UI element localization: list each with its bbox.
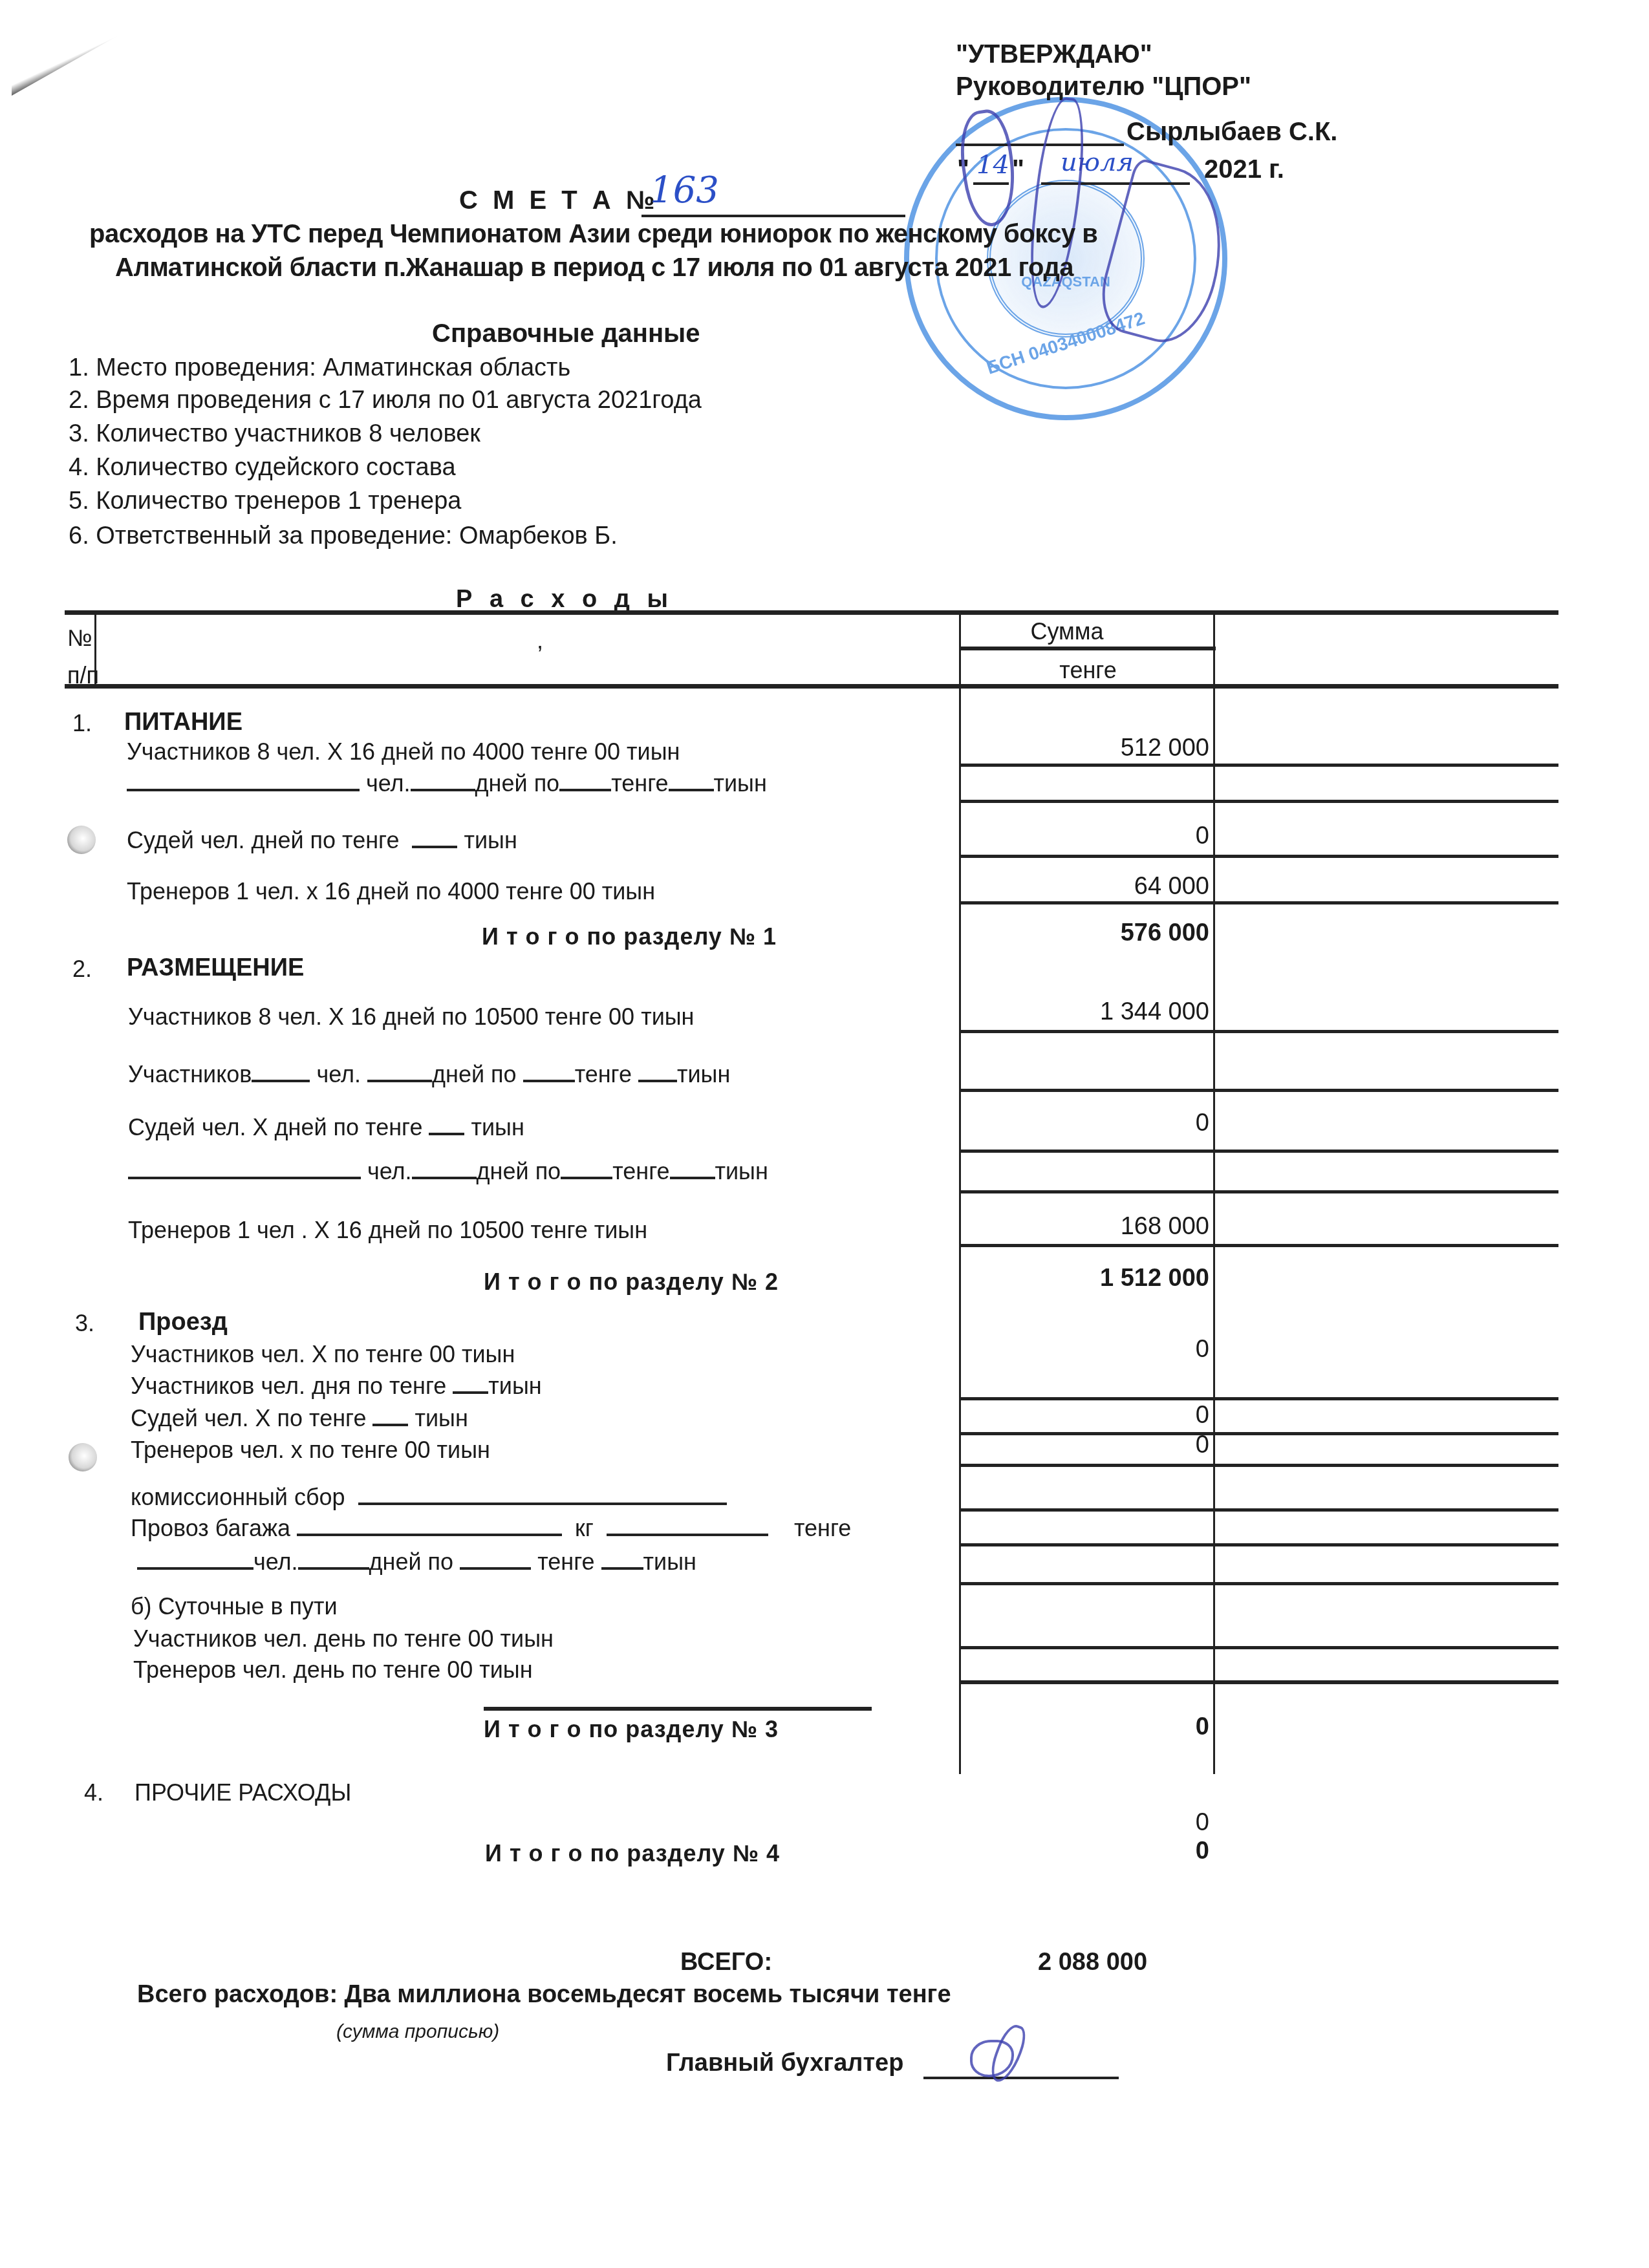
row-line xyxy=(960,1190,1558,1193)
section-num: 3. xyxy=(75,1310,94,1337)
line-item: Тренеров 1 чел . Х 16 дней по 10500 тенг… xyxy=(128,1217,647,1244)
section-num: 4. xyxy=(84,1779,103,1806)
accountant-label: Главный бухгалтер xyxy=(666,2049,903,2077)
col-desc-mark: , xyxy=(537,627,543,654)
line-item: Участников чел. Х по тенге 00 тиын xyxy=(131,1341,515,1368)
row-line xyxy=(960,1680,1558,1684)
section-total-label: И т о г о по разделу № 4 xyxy=(485,1840,780,1867)
row-line xyxy=(960,1543,1558,1546)
line-item: Участников 8 чел. Х 16 дней по 4000 тенг… xyxy=(127,738,680,765)
section-title: Проезд xyxy=(138,1309,228,1336)
section-title: РАЗМЕЩЕНИЕ xyxy=(127,954,304,982)
line-item: комиссионный сбор xyxy=(131,1483,727,1511)
line-item-sum: 0 xyxy=(960,1109,1209,1137)
line-item: Судей чел. дней по тенге тиын xyxy=(127,826,517,854)
hole-punch-mark xyxy=(67,826,96,854)
line-item-sum: 512 000 xyxy=(960,734,1209,762)
col-num-top: № xyxy=(67,625,92,652)
line-item-sum: 0 xyxy=(960,1809,1209,1837)
row-line xyxy=(960,1030,1558,1033)
smeta-subtitle-line2: Алматинской бласти п.Жанашар в период с … xyxy=(115,253,1073,283)
line-item: Участников чел. дня по тенге тиын xyxy=(131,1372,542,1400)
line-item: Участников 8 чел. Х 16 дней по 10500 тен… xyxy=(128,1003,695,1031)
section-total: 0 xyxy=(960,1713,1209,1741)
section-total: 576 000 xyxy=(960,919,1209,947)
expenses-title: Р а с х о д ы xyxy=(456,586,673,614)
total-in-words: Всего расходов: Два миллиона восемьдесят… xyxy=(137,1981,951,2009)
line-item: Тренеров чел. день по тенге 00 тиын xyxy=(133,1656,533,1684)
reference-item: 1. Место проведения: Алматинская область xyxy=(69,354,570,382)
section-total: 1 512 000 xyxy=(960,1265,1209,1292)
sum-column-left xyxy=(959,613,961,1774)
row-line xyxy=(960,1244,1558,1247)
line-item-sum: 0 xyxy=(960,822,1209,850)
approval-title: "УТВЕРЖДАЮ" xyxy=(956,40,1152,69)
row-line xyxy=(960,764,1558,767)
line-item-blank: чел.дней потенгетиын xyxy=(127,769,767,797)
grand-total-value: 2 088 000 xyxy=(1038,1949,1147,1976)
folded-corner-artifact xyxy=(12,12,160,96)
line-item-blank: Провоз багажа кг тенге xyxy=(131,1514,851,1542)
line-item-sum: 1 344 000 xyxy=(960,998,1209,1026)
section-total-label: И т о г о по разделу № 2 xyxy=(484,1268,779,1296)
approver-name: Сырлыбаев С.К. xyxy=(1126,118,1337,147)
line-item-sum: 0 xyxy=(960,1431,1209,1459)
row-line xyxy=(960,855,1558,858)
header-sum-divider xyxy=(960,647,1216,650)
date-year: 2021 г. xyxy=(1204,155,1284,184)
grand-total-label: ВСЕГО: xyxy=(680,1949,772,1976)
reference-item: 3. Количество участников 8 человек xyxy=(69,420,480,448)
smeta-number-line xyxy=(641,215,905,217)
line-item-sum: 168 000 xyxy=(960,1213,1209,1241)
sum-column-right xyxy=(1213,613,1215,1774)
col-sum-bottom: тенге xyxy=(960,657,1216,684)
line-item-sum: 0 xyxy=(960,1336,1209,1364)
row-line xyxy=(960,1397,1558,1400)
section-title: ПРОЧИЕ РАСХОДЫ xyxy=(135,1779,351,1806)
section-total: 0 xyxy=(960,1837,1209,1865)
line-item: Тренеров чел. х по тенге 00 тиын xyxy=(131,1437,490,1464)
reference-title: Справочные данные xyxy=(432,319,700,348)
reference-item: 2. Время проведения с 17 июля по 01 авгу… xyxy=(69,387,702,414)
section-num: 2. xyxy=(72,956,92,983)
line-item: Судей чел. Х дней по тенге тиын xyxy=(128,1113,524,1141)
row-line xyxy=(960,1508,1558,1512)
line-item-blank: Участников чел. дней по тенге тиын xyxy=(128,1060,730,1088)
section-num: 1. xyxy=(72,710,92,737)
row-line xyxy=(960,1464,1558,1467)
accountant-signature-line xyxy=(923,2077,1119,2079)
line-item: Участников чел. день по тенге 00 тиын xyxy=(133,1625,554,1653)
approval-position: Руководителю "ЦПОР" xyxy=(956,72,1251,102)
hole-punch-mark xyxy=(69,1443,97,1471)
header-bottom-border xyxy=(65,684,1558,689)
row-line xyxy=(960,1646,1558,1649)
section-total-label: И т о г о по разделу № 3 xyxy=(484,1716,779,1743)
line-item-sum: 0 xyxy=(960,1402,1209,1429)
row-line xyxy=(960,800,1558,803)
smeta-number: 163 xyxy=(650,169,719,211)
line-item: Судей чел. Х по тенге тиын xyxy=(131,1404,468,1432)
row-line xyxy=(960,1582,1558,1585)
reference-item: 6. Ответственный за проведение: Омарбеко… xyxy=(69,522,618,550)
row-line xyxy=(960,1150,1558,1153)
line-item-blank: чел.дней по тенге тиын xyxy=(137,1548,696,1576)
smeta-subtitle-line1: расходов на УТС перед Чемпионатом Азии с… xyxy=(89,220,1097,249)
col-num-bottom: п/п xyxy=(67,662,99,689)
col-sum-top: Сумма xyxy=(960,618,1174,645)
row-line xyxy=(960,901,1558,904)
line-item-blank: чел.дней потенгетиын xyxy=(128,1157,768,1185)
line-item-sum: 64 000 xyxy=(960,873,1209,901)
total-in-words-caption: (сумма прописью) xyxy=(336,2021,499,2043)
line-item: Тренеров 1 чел. х 16 дней по 4000 тенге … xyxy=(127,878,655,905)
line-item: б) Суточные в пути xyxy=(131,1593,338,1620)
row-line xyxy=(960,1089,1558,1092)
reference-item: 5. Количество тренеров 1 тренера xyxy=(69,487,461,515)
section3-total-line xyxy=(484,1707,872,1711)
section-title: ПИТАНИЕ xyxy=(124,709,242,736)
table-top-border xyxy=(65,610,1558,615)
reference-item: 4. Количество судейского состава xyxy=(69,454,456,482)
section-total-label: И т о г о по разделу № 1 xyxy=(482,923,777,950)
smeta-title: С М Е Т А № xyxy=(459,186,658,215)
